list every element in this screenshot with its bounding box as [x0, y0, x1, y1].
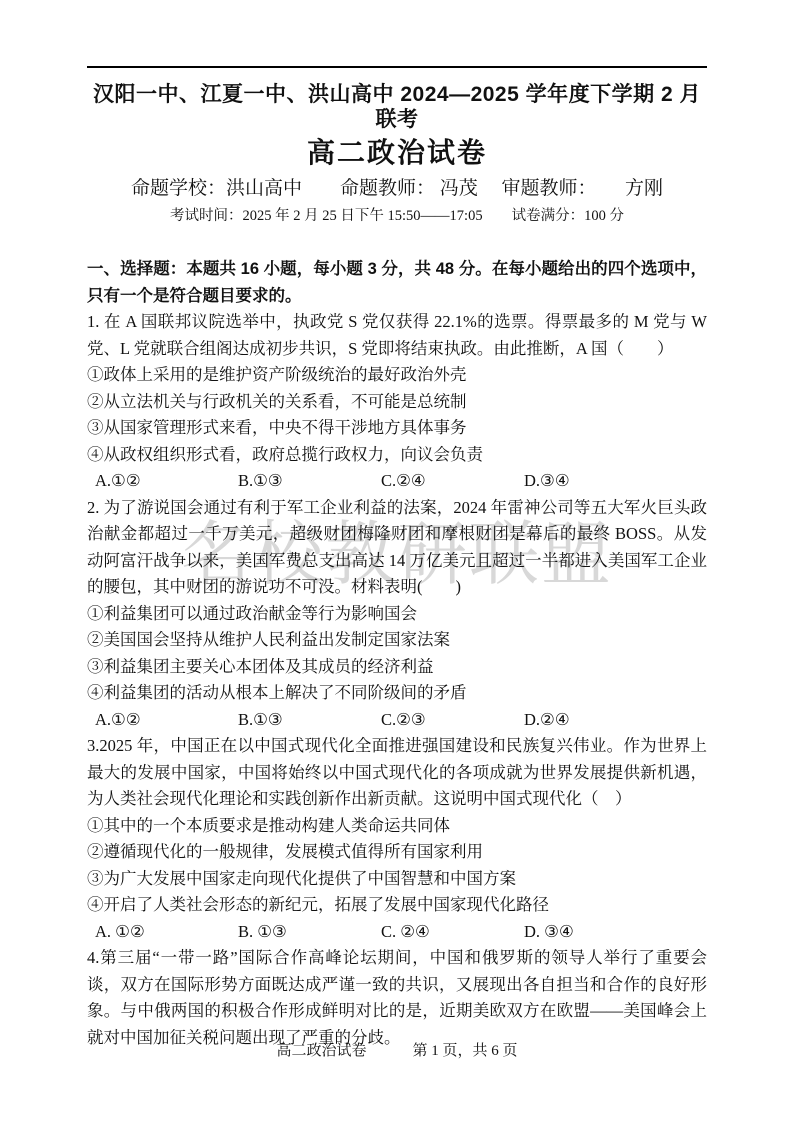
question-1-item-1: ①政体上采用的是维护资产阶级统治的最好政治外壳	[87, 362, 707, 389]
question-3-option-b: B. ①③	[238, 919, 381, 946]
question-4: 4.第三届“一带一路”国际合作高峰论坛期间，中国和俄罗斯的领导人举行了重要会谈，…	[87, 945, 707, 1051]
question-1-options: A.①② B.①③ C.②④ D.③④	[87, 468, 707, 495]
section-1-heading: 一、选择题：本题共 16 小题，每小题 3 分，共 48 分。在每小题给出的四个…	[87, 256, 707, 309]
exam-paper-page: 名校教研联盟 汉阳一中、江夏一中、洪山高中 2024—2025 学年度下学期 2…	[0, 0, 794, 1123]
question-3-stem: 3.2025 年，中国正在以中国式现代化全面推进强国建设和民族复兴伟业。作为世界…	[87, 733, 707, 813]
question-2-option-d: D.②④	[524, 707, 667, 734]
question-2-item-3: ③利益集团主要关心本团体及其成员的经济利益	[87, 654, 707, 681]
question-3-option-c: C. ②④	[381, 919, 524, 946]
page-footer: 高二政治试卷第 1 页，共 6 页	[0, 1041, 794, 1061]
question-1-item-4: ④从政权组织形式看，政府总揽行政权力，向议会负责	[87, 442, 707, 469]
question-1-item-3: ③从国家管理形式来看，中央不得干涉地方具体事务	[87, 415, 707, 442]
page-content: 汉阳一中、江夏一中、洪山高中 2024—2025 学年度下学期 2 月联考 高二…	[0, 0, 794, 1051]
question-1: 1. 在 A 国联邦议院选举中，执政党 S 党仅获得 22.1%的选票。得票最多…	[87, 309, 707, 495]
question-2-item-4: ④利益集团的活动从根本上解决了不同阶级间的矛盾	[87, 680, 707, 707]
exam-info-line: 命题学校：洪山高中 命题教师： 冯茂 审题教师： 方刚	[87, 176, 707, 201]
question-3-option-a: A. ①②	[95, 919, 238, 946]
exam-session-title: 汉阳一中、江夏一中、洪山高中 2024—2025 学年度下学期 2 月联考	[87, 82, 707, 132]
question-2-option-b: B.①③	[238, 707, 381, 734]
question-3-item-4: ④开启了人类社会形态的新纪元，拓展了发展中国家现代化路径	[87, 892, 707, 919]
question-2-item-1: ①利益集团可以通过政治献金等行为影响国会	[87, 601, 707, 628]
question-1-option-a: A.①②	[95, 468, 238, 495]
question-2-options: A.①② B.①③ C.②③ D.②④	[87, 707, 707, 734]
question-1-option-b: B.①③	[238, 468, 381, 495]
question-3-options: A. ①② B. ①③ C. ②④ D. ③④	[87, 919, 707, 946]
question-2-item-2: ②美国国会坚持从维护人民利益出发制定国家法案	[87, 627, 707, 654]
question-3-item-1: ①其中的一个本质要求是推动构建人类命运共同体	[87, 813, 707, 840]
question-4-stem: 4.第三届“一带一路”国际合作高峰论坛期间，中国和俄罗斯的领导人举行了重要会谈，…	[87, 945, 707, 1051]
question-2-stem: 2. 为了游说国会通过有利于军工企业利益的法案，2024 年雷神公司等五大军火巨…	[87, 495, 707, 601]
question-2-option-c: C.②③	[381, 707, 524, 734]
question-1-item-2: ②从立法机关与行政机关的关系看，不可能是总统制	[87, 389, 707, 416]
header-rule	[87, 66, 707, 68]
question-3-option-d: D. ③④	[524, 919, 667, 946]
question-2: 2. 为了游说国会通过有利于军工企业利益的法案，2024 年雷神公司等五大军火巨…	[87, 495, 707, 734]
exam-subject-title: 高二政治试卷	[87, 136, 707, 170]
question-1-option-c: C.②④	[381, 468, 524, 495]
question-3: 3.2025 年，中国正在以中国式现代化全面推进强国建设和民族复兴伟业。作为世界…	[87, 733, 707, 945]
question-3-item-2: ②遵循现代化的一般规律，发展模式值得所有国家利用	[87, 839, 707, 866]
exam-time-line: 考试时间：2025 年 2 月 25 日下午 15:50——17:05 试卷满分…	[87, 207, 707, 226]
question-1-option-d: D.③④	[524, 468, 667, 495]
question-3-item-3: ③为广大发展中国家走向现代化提供了中国智慧和中国方案	[87, 866, 707, 893]
question-1-stem: 1. 在 A 国联邦议院选举中，执政党 S 党仅获得 22.1%的选票。得票最多…	[87, 309, 707, 362]
footer-doc-title: 高二政治试卷	[276, 1043, 366, 1059]
question-2-option-a: A.①②	[95, 707, 238, 734]
footer-page-number: 第 1 页，共 6 页	[413, 1043, 518, 1059]
